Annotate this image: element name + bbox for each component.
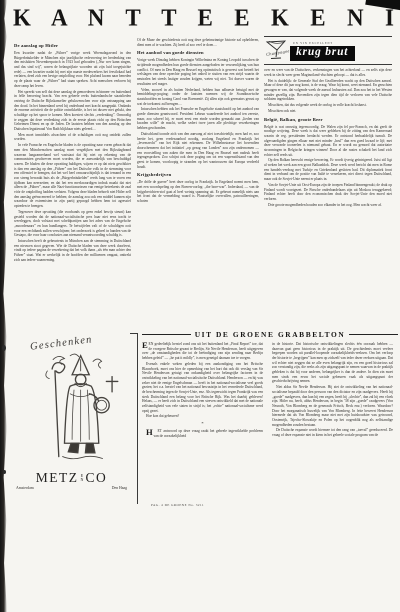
article-body: „De drôle de guerre” heet deze oorlog in… [137,180,259,203]
metz-ampersand: EN [81,474,84,483]
grabbelton-right-column: in de historie. Dat historische ontwikke… [272,342,393,504]
dropcap-E: E [142,342,148,349]
ad-brand: krug brut [290,46,355,61]
paragraph: Tegenover deze opvatting (die voorhands … [14,210,131,238]
paragraph: Duitschland toonde zich van den aanvang … [137,132,259,169]
champagne-ad-text: UN VIN EXCELLENT krug brut [290,42,355,61]
paragraph: Hoe kon dat gebeuren? [142,414,263,419]
paragraph: Velen, zoowel in als buiten Nederland, h… [137,88,259,107]
wine-glass-icon: Champagne [264,39,288,61]
paragraph: Het spreekt van zelf dat deze aanslag de… [14,90,131,132]
metz-name: METZ [36,470,79,486]
column-divider-rule [137,333,138,504]
metz-advertisement: Geschenken [8,334,135,506]
metz-brand: METZ EN CO [8,470,135,486]
paragraph: Het is duidelijk: de Generale Staf der G… [264,79,392,102]
paragraph: België is wat onrustig tegenwoordig. De … [264,125,392,158]
sinterklaas-sketch [26,350,122,468]
article-heading: Krijgsbedrijven [137,172,259,178]
section-header: UIT DE GROENE GRABBELTON [142,330,398,339]
article-body: Vorige week Dinsdag hebben Koningin Wilh… [137,58,259,169]
paragraph: Drie groote mogendheden houden zoo elkan… [264,203,392,208]
paragraph: De Duitsche expansie wordt hiermee tot d… [272,428,393,437]
section-title: UIT DE GROENE GRABBELTON [195,330,346,339]
dropcap-H: H [142,429,153,436]
right-column: Champagne UN VIN EXCELLENT krug brut ove… [264,36,392,332]
asterisk-separator: * [142,421,263,427]
metz-cities: Amsterdam Den Haag [8,486,135,490]
paragraph: Misschien, dat dus volgende week de oorl… [264,103,392,108]
champagne-advertisement: Champagne UN VIN EXCELLENT krug brut [264,36,392,65]
header-rule-left [142,334,191,335]
article-body: over en weer van de Duitschers, verkenni… [264,68,392,114]
paragraph: In vele Fransche en Engelsche bladen is … [14,143,131,208]
paragraph: Op den Balkan heerscht eenige beroering.… [264,158,392,181]
paragraph: Evenals enkele weken geleden bij een aan… [142,362,263,413]
header-rule-right [349,334,398,335]
ad-tagline: UN VIN EXCELLENT [293,42,355,46]
paragraph: Of de Muze der geschiedenis ooit nog dez… [137,38,259,47]
article-heading: Het aanbod van goede diensten [137,50,259,56]
city-den-haag: Den Haag [112,486,127,490]
paragraph: Van de Sovjet-Unie uit Oost-Europa zijn … [264,183,392,202]
article-heading: De aanslag op Hitler [14,43,131,49]
grabbelton-left-column: EEN gedeeltelijk herstel zond ons uit he… [142,342,263,504]
article-heading: België, Balkan, groote Beer [264,117,392,123]
grabbelton-section: UIT DE GROENE GRABBELTON EEN gedeeltelij… [142,330,398,504]
scan-speck [3,470,6,474]
article-body: België is wat onrustig tegenwoordig. De … [264,125,392,208]
page-title: K A N T T E E K E N I N G E N [13,4,400,31]
paragraph: Vorige week Dinsdag hebben Koningin Wilh… [137,58,259,86]
middle-column: Of de Muze der geschiedenis ooit nog dez… [137,38,259,332]
paragraph: over en weer van de Duitschers, verkenni… [264,68,392,77]
scan-speck [2,345,6,351]
metz-co: CO [85,470,107,486]
article-body: Een kwartier nadat de „Führer” vorige we… [14,51,131,263]
newspaper-page: K A N T T E E K E N I N G E N De aanslag… [0,0,400,612]
paragraph: Intusschen hebben ook het Fransche en En… [137,107,259,130]
paragraph: Misschien ook niet. [264,109,392,114]
article-aanslag-op-hitler: De aanslag op Hitler Een kwartier nadat … [14,40,131,332]
paragraph: Een kwartier nadat de „Führer” vorige we… [14,51,131,88]
paragraph: Niet aldus Sir Nevile Henderson. Hij zie… [272,385,393,427]
paragraph: „De drôle de guerre” heet deze oorlog in… [137,180,259,203]
paragraph: Intusschen heeft de gebeurtenis in Münch… [14,239,131,262]
paragraph: HET antwoord op deze vraag raakt het geh… [142,429,263,438]
paragraph: EEN gedeeltelijk herstel zond ons uit he… [142,342,263,361]
paragraph: in de historie. Dat historische ontwikke… [272,342,393,384]
torn-paper-edge [0,0,7,612]
page-footer: PAG. 4 DE GROENE No. 3211 [151,503,204,507]
city-amsterdam: Amsterdam [16,486,34,490]
column-divider-cap [130,333,138,334]
paragraph: Men moet inmiddels afwachten of de schul… [14,133,131,142]
